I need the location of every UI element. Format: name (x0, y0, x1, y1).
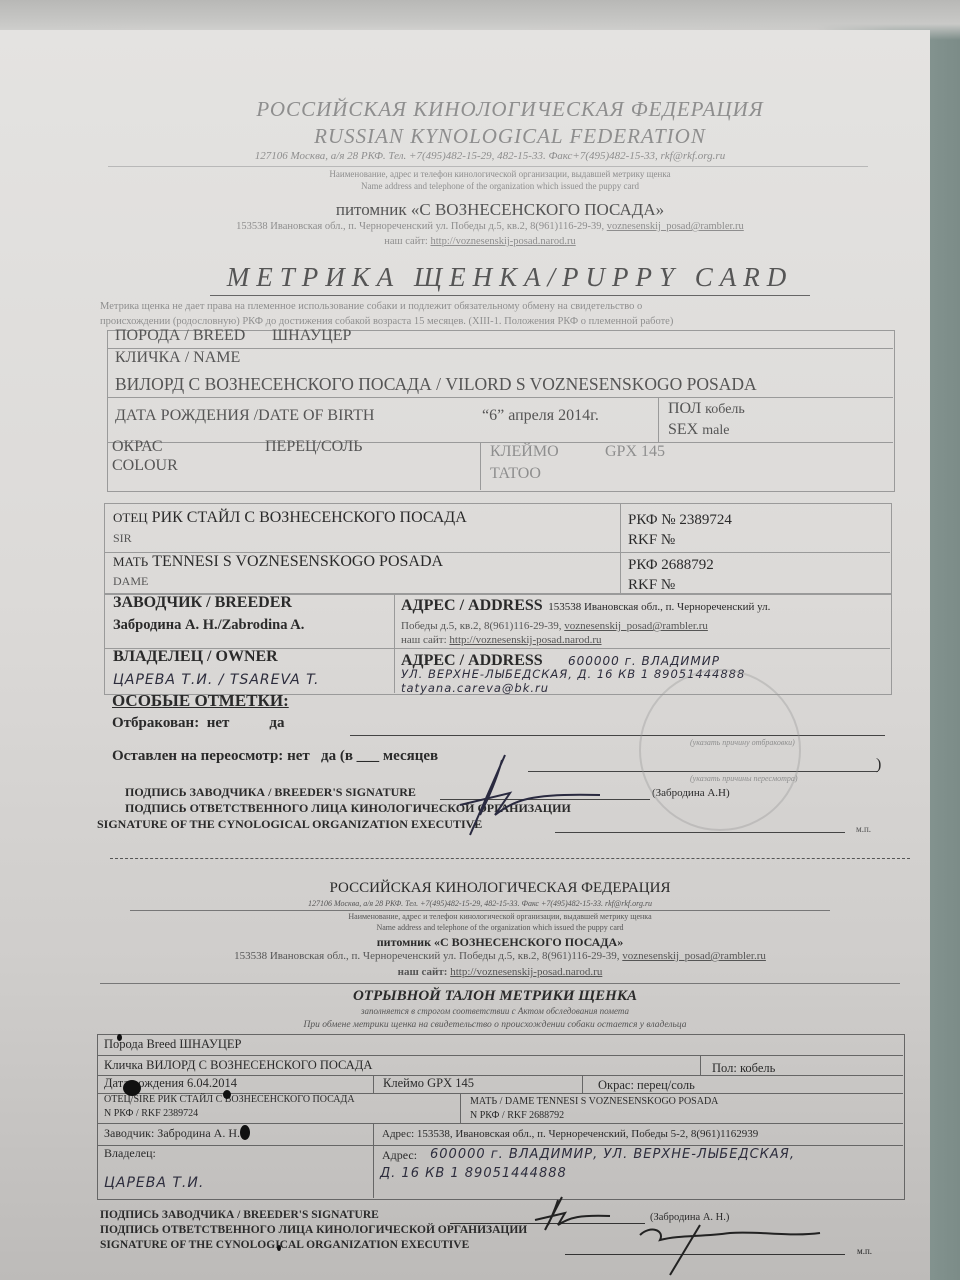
stub-title: ОТРЫВНОЙ ТАЛОН МЕТРИКИ ЩЕНКА (150, 988, 840, 1005)
col-divider (373, 1075, 374, 1093)
breeder-email-link[interactable]: voznesenskij_posad@rambler.ru (564, 620, 708, 632)
issuer-caption-ru: Наименование, адрес и телефон кинологиче… (150, 169, 850, 179)
stub-kennel-site: наш сайт: http://voznesenskij-posad.naro… (200, 966, 800, 978)
review-closing-paren: ) (876, 756, 881, 774)
stub-breeder-signature-name: (Забродина А. Н.) (650, 1212, 729, 1223)
culled-no-option[interactable]: нет (207, 715, 230, 731)
dam-rkf-en: RKF № (628, 577, 675, 594)
dam-rkf: РКФ 2688792 (628, 557, 714, 574)
stub-subtitle-1: заполняется в строгом соответствии с Акт… (150, 1006, 840, 1016)
row-divider (97, 1123, 903, 1124)
review-caption: (указать причины пересмотра) (690, 774, 798, 783)
stub-header-rule-2 (100, 983, 900, 984)
stub-owner-label: Владелец: (104, 1146, 156, 1161)
review-reason-line[interactable] (528, 771, 878, 772)
stub-subtitle-2: При обмене метрики щенка на свидетельств… (150, 1020, 840, 1030)
row-divider (97, 1055, 903, 1056)
col-divider (658, 397, 659, 442)
stub-owner-address-2: Д. 16 КВ 1 89051444888 (380, 1166, 567, 1181)
breeder-signature-label: ПОДПИСЬ ЗАВОДЧИКА / BREEDER'S SIGNATURE (125, 785, 416, 800)
sex-ru: ПОЛ кобель (668, 400, 745, 418)
breeder-address: АДРЕС / ADDRESS 153538 Ивановская обл., … (401, 597, 770, 615)
ink-blot (240, 1125, 250, 1140)
ink-blot (277, 1245, 281, 1251)
review-label: Оставлен на переосмотр: (112, 748, 283, 764)
culled-label: Отбракован: (112, 715, 199, 731)
sex-en: SEX male (668, 421, 729, 439)
review-no-option[interactable]: нет (287, 748, 310, 764)
stub-site-label: наш сайт: (398, 966, 448, 978)
owner-address-1: 600000 г. ВЛАДИМИР (568, 654, 720, 668)
ink-blot (123, 1080, 141, 1096)
stub-dam: МАТЬ / DAME TENNESI S VOZNESENSKOGO POSA… (470, 1096, 718, 1107)
stub-header-rule (130, 910, 830, 911)
colour-label-ru: ОКРАС (112, 438, 163, 456)
exec-signature-label-ru: ПОДПИСЬ ОТВЕТСТВЕННОГО ЛИЦА КИНОЛОГИЧЕСК… (125, 801, 571, 816)
breeder-label: ЗАВОДЧИК / BREEDER (113, 594, 292, 612)
breeder-address-2: Победы д.5, кв.2, 8(961)116-29-39, (401, 620, 562, 632)
stub-kennel-email-link[interactable]: voznesenskij_posad@rambler.ru (622, 950, 766, 962)
kennel-address: 153538 Ивановская обл., п. Чернореченски… (110, 221, 870, 232)
ink-blot (117, 1034, 122, 1041)
breeder-signature-line[interactable] (440, 799, 650, 800)
dob-value: “6” апреля 2014г. (482, 407, 599, 425)
tattoo-label-ru: КЛЕЙМО (490, 443, 559, 461)
stamp-place: м.п. (856, 824, 871, 834)
kennel-site: наш сайт: http://voznesenskij-posad.naro… (200, 236, 760, 247)
sire-label-ru: ОТЕЦ (113, 510, 148, 525)
title-underline (210, 295, 810, 296)
document-title: МЕТРИКА ЩЕНКА/PUPPY CARD (150, 262, 870, 293)
stub-issuer-caption-en: Name address and telephone of the organi… (150, 923, 850, 932)
stub-kennel-name: питомник «С ВОЗНЕСЕНСКОГО ПОСАДА» (150, 935, 850, 950)
dam-label-en: DAME (113, 574, 148, 589)
header-rule (108, 166, 868, 167)
stub-org-contacts: 127106 Москва, а/я 28 РКФ. Тел. +7(495)4… (150, 899, 810, 908)
stub-owner-address-1: 600000 г. ВЛАДИМИР, УЛ. ВЕРХНЕ-ЛЫБЕДСКАЯ… (430, 1147, 795, 1162)
sex-value-ru: кобель (705, 402, 745, 417)
breeder-address-label: АДРЕС / ADDRESS (401, 597, 543, 614)
dam-row: МАТЬ TENNESI S VOZNESENSKOGO POSADA (113, 553, 443, 571)
breeder-site-link[interactable]: http://voznesenskij-posad.narod.ru (449, 634, 601, 646)
disclaimer-line-2: происхождении (родословную) РКФ до дости… (100, 316, 890, 327)
dob-label: ДАТА РОЖДЕНИЯ /DATE OF BIRTH (115, 407, 374, 425)
exec-signature-label-en: SIGNATURE OF THE CYNOLOGICAL ORGANIZATIO… (97, 817, 482, 832)
stub-dog-name: Кличка ВИЛОРД С ВОЗНЕСЕНСКОГО ПОСАДА (104, 1058, 372, 1073)
breeder-address-1: 153538 Ивановская обл., п. Чернореченски… (548, 601, 770, 613)
stub-breeder: Заводчик: Забродина А. Н. (104, 1126, 240, 1141)
org-name-ru: РОССИЙСКАЯ КИНОЛОГИЧЕСКАЯ ФЕДЕРАЦИЯ (150, 97, 870, 122)
col-divider (480, 442, 481, 490)
breeder-site: наш сайт: http://voznesenskij-posad.naro… (401, 634, 602, 646)
breed-label: ПОРОДА / BREED (115, 327, 245, 345)
stub-issuer-caption-ru: Наименование, адрес и телефон кинологиче… (150, 912, 850, 921)
col-divider (394, 593, 395, 693)
stub-colour: Окрас: перец/соль (598, 1078, 695, 1093)
kennel-site-link[interactable]: http://voznesenskij-posad.narod.ru (430, 236, 575, 247)
issuer-caption-en: Name address and telephone of the organi… (150, 181, 850, 191)
org-contacts: 127106 Москва, а/я 28 РКФ. Тел. +7(495)4… (110, 150, 870, 162)
stub-exec-signature-line[interactable] (565, 1254, 845, 1255)
tattoo-value: GPX 145 (605, 443, 665, 461)
org-name-en: RUSSIAN KYNOLOGICAL FEDERATION (150, 124, 870, 149)
kennel-email-link[interactable]: voznesenskij_posad@rambler.ru (607, 221, 744, 232)
breeder-address-line-2: Победы д.5, кв.2, 8(961)116-29-39, vozne… (401, 620, 708, 632)
dam-label-ru: МАТЬ (113, 554, 148, 569)
sire-rkf-en: RKF № (628, 532, 675, 549)
sex-label-en: SEX (668, 421, 698, 438)
kennel-name: питомник «С ВОЗНЕСЕНСКОГО ПОСАДА» (150, 200, 850, 220)
culled-yes-option[interactable]: да (269, 715, 284, 731)
col-divider (620, 503, 621, 593)
tattoo-label-en: TATOO (490, 465, 541, 483)
stub-sire-rkf: N РКФ / RKF 2389724 (104, 1108, 198, 1119)
sex-label-ru: ПОЛ (668, 400, 701, 417)
sire-rkf: РКФ № 2389724 (628, 512, 732, 529)
review-months-label: месяцев (383, 748, 438, 764)
culled-reason-line[interactable] (350, 735, 885, 736)
row-divider (97, 1145, 903, 1146)
owner-email: tatyana.careva@bk.ru (401, 681, 549, 695)
stub-org-name: РОССИЙСКАЯ КИНОЛОГИЧЕСКАЯ ФЕДЕРАЦИЯ (150, 880, 850, 897)
col-divider (373, 1123, 374, 1198)
tear-off-line (110, 858, 910, 859)
site-label: наш сайт: (384, 236, 428, 247)
stub-kennel-address: 153538 Ивановская обл., п. Чернореченски… (140, 950, 860, 962)
sex-value-en: male (702, 423, 729, 438)
stub-breeder-address: Адрес: 153538, Ивановская обл., п. Черно… (382, 1128, 758, 1140)
stub-sex: Пол: кобель (712, 1061, 775, 1076)
stub-exec-signature-en: SIGNATURE OF THE CYNOLOGICAL ORGANIZATIO… (100, 1239, 469, 1251)
kennel-address-text: 153538 Ивановская обл., п. Чернореченски… (236, 221, 604, 232)
sire-name: РИК СТАЙЛ С ВОЗНЕСЕНСКОГО ПОСАДА (152, 509, 467, 526)
stub-owner-name: ЦАРЕВА Т.И. (104, 1175, 204, 1191)
exec-signature-line[interactable] (555, 832, 845, 833)
stub-kennel-address-text: 153538 Ивановская обл., п. Чернореченски… (234, 950, 619, 962)
breeder-signature-name: (Забродина А.Н) (652, 787, 730, 799)
stub-site-link[interactable]: http://voznesenskij-posad.narod.ru (450, 966, 602, 978)
sire-row: ОТЕЦ РИК СТАЙЛ С ВОЗНЕСЕНСКОГО ПОСАДА (113, 509, 467, 527)
stub-stamp-place: м.п. (857, 1246, 872, 1256)
stub-dam-rkf: N РКФ / RKF 2688792 (470, 1110, 564, 1121)
col-divider (700, 1055, 701, 1075)
dog-name-value: ВИЛОРД С ВОЗНЕСЕНСКОГО ПОСАДА / VILORD S… (115, 374, 757, 395)
breeder-site-label: наш сайт: (401, 634, 447, 646)
col-divider (582, 1075, 583, 1093)
culled-row: Отбракован: нетда (112, 715, 284, 732)
owner-label: ВЛАДЕЛЕЦ / OWNER (113, 648, 278, 666)
ink-blot (223, 1090, 231, 1099)
stub-breeder-signature-label: ПОДПИСЬ ЗАВОДЧИКА / BREEDER'S SIGNATURE (100, 1209, 379, 1221)
special-notes-title: ОСОБЫЕ ОТМЕТКИ: (112, 691, 289, 711)
col-divider (460, 1093, 461, 1123)
breeder-name: Забродина А. Н./Zabrodina A. (113, 617, 304, 634)
review-row: Оставлен на переосмотр: нет да (в ___ ме… (112, 748, 438, 765)
owner-name: ЦАРЕВА Т.И. / TSAREVA T. (113, 672, 320, 688)
review-yes-option[interactable]: да (в (321, 748, 353, 764)
stub-owner-address-label: Адрес: (382, 1148, 417, 1163)
sire-label-en: SIR (113, 531, 132, 546)
disclaimer-line-1: Метрика щенка не дает права на племенное… (100, 301, 910, 312)
culled-caption: (указать причину отбраковки) (690, 738, 795, 747)
colour-value: ПЕРЕЦ/СОЛЬ (265, 438, 362, 456)
breed-value: ШНАУЦЕР (272, 327, 351, 345)
stub-tattoo: Клеймо GPX 145 (383, 1076, 474, 1091)
owner-address-2: УЛ. ВЕРХНЕ-ЛЫБЕДСКАЯ, Д. 16 КВ 1 8905144… (401, 667, 745, 681)
stub-exec-signature-ru: ПОДПИСЬ ОТВЕТСТВЕННОГО ЛИЦА КИНОЛОГИЧЕСК… (100, 1224, 527, 1236)
row-divider (107, 397, 893, 398)
name-label: КЛИЧКА / NAME (115, 349, 240, 367)
dam-name: TENNESI S VOZNESENSKOGO POSADA (152, 553, 443, 570)
colour-label-en: COLOUR (112, 457, 178, 475)
stub-breed: Порода Breed ШНАУЦЕР (104, 1037, 241, 1052)
